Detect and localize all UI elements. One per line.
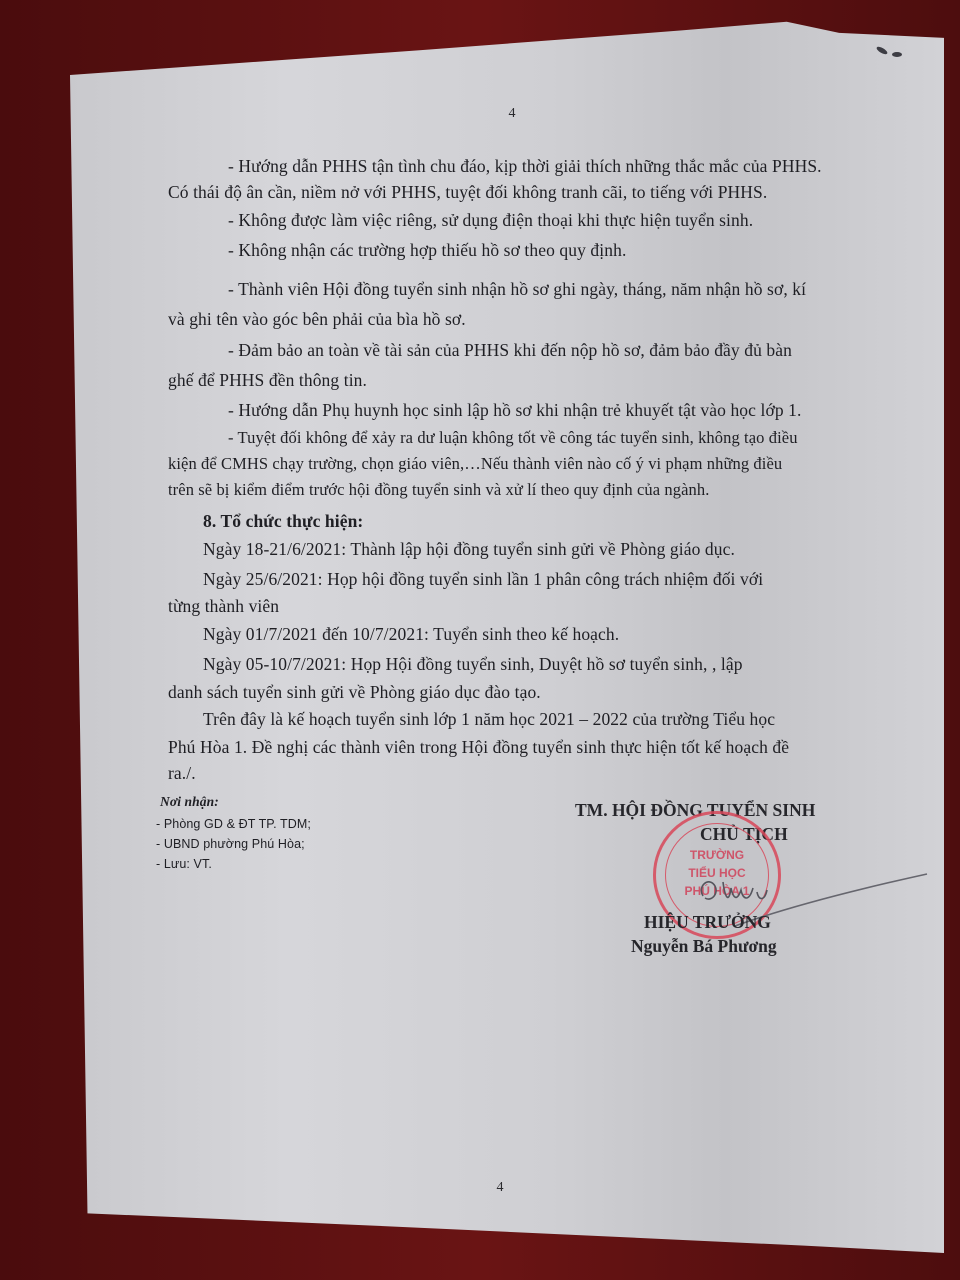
- schedule-line: Ngày 05-10/7/2021: Họp Hội đồng tuyển si…: [203, 654, 743, 675]
- section-heading: 8. Tổ chức thực hiện:: [203, 511, 363, 532]
- body-line: - Hướng dẫn Phụ huynh học sinh lập hồ sơ…: [228, 400, 801, 421]
- body-line: kiện để CMHS chạy trường, chọn giáo viên…: [168, 454, 782, 474]
- signatory-name: Nguyễn Bá Phương: [631, 936, 777, 957]
- body-line: - Không được làm việc riêng, sử dụng điệ…: [228, 210, 753, 231]
- body-line: trên sẽ bị kiểm điểm trước hội đồng tuyể…: [168, 480, 709, 500]
- recipient-item: - Phòng GD & ĐT TP. TDM;: [156, 817, 311, 831]
- body-line: - Thành viên Hội đồng tuyển sinh nhận hồ…: [228, 279, 806, 300]
- schedule-line: danh sách tuyển sinh gửi về Phòng giáo d…: [168, 682, 541, 703]
- page-number-top: 4: [492, 106, 532, 122]
- schedule-line: Ngày 25/6/2021: Họp hội đồng tuyển sinh …: [203, 569, 763, 590]
- ink-smudge: [876, 48, 916, 62]
- body-line: - Đảm bảo an toàn về tài sản của PHHS kh…: [228, 340, 792, 361]
- recipient-item: - Lưu: VT.: [156, 857, 212, 871]
- recipients-heading: Nơi nhận:: [160, 794, 219, 810]
- page-number-bottom: 4: [480, 1180, 520, 1196]
- body-line: Có thái độ ân cần, niềm nở với PHHS, tuy…: [168, 182, 767, 203]
- document-page: 4 - Hướng dẫn PHHS tận tình chu đáo, kịp…: [70, 18, 944, 1258]
- conclusion-line: Trên đây là kế hoạch tuyển sinh lớp 1 nă…: [203, 709, 775, 730]
- conclusion-line: Phú Hòa 1. Đề nghị các thành viên trong …: [168, 737, 789, 758]
- recipient-item: - UBND phường Phú Hòa;: [156, 837, 305, 851]
- schedule-line: từng thành viên: [168, 596, 279, 617]
- body-line: - Hướng dẫn PHHS tận tình chu đáo, kịp t…: [228, 156, 822, 177]
- body-line: và ghi tên vào góc bên phải của bìa hồ s…: [168, 309, 466, 330]
- signature-title: HIỆU TRƯỞNG: [644, 912, 771, 933]
- body-line: - Tuyệt đối không để xảy ra dư luận khôn…: [228, 428, 798, 448]
- body-line: - Không nhận các trường hợp thiếu hồ sơ …: [228, 240, 626, 261]
- conclusion-line: ra./.: [168, 763, 196, 784]
- schedule-line: Ngày 18-21/6/2021: Thành lập hội đồng tu…: [203, 539, 735, 560]
- schedule-line: Ngày 01/7/2021 đến 10/7/2021: Tuyển sinh…: [203, 624, 619, 645]
- stamp-text: TRƯỜNG: [656, 848, 778, 862]
- body-line: ghế để PHHS đền thông tin.: [168, 370, 367, 391]
